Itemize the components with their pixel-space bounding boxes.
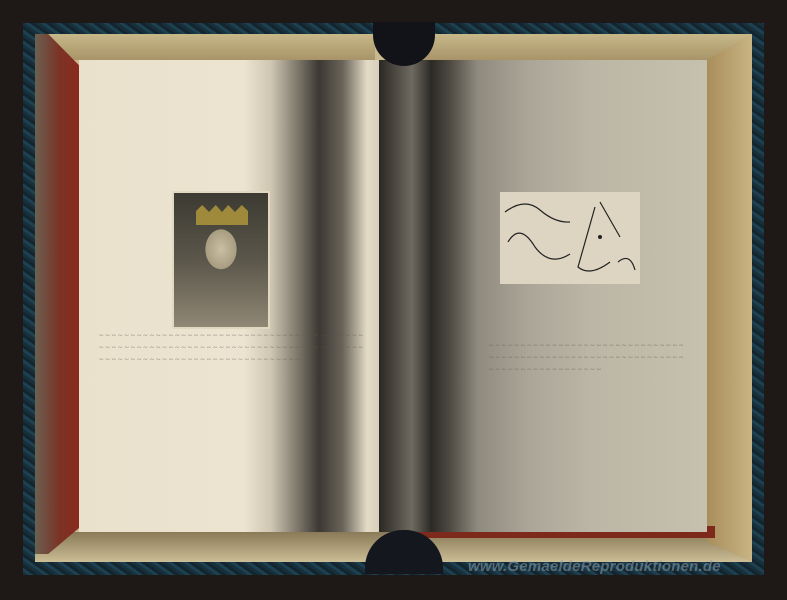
- watermark: www.GemaeldeReproduktionen.de: [468, 558, 721, 575]
- sketch-lines-icon: [500, 192, 640, 284]
- ink-line-sketch: [500, 192, 640, 284]
- right-page-top-border: [413, 34, 752, 60]
- artwork-panel: ~ ~ ~ ~ ~ ~ ~ ~ ~ ~ ~ ~ ~ ~ ~ ~ ~ ~ ~ ~ …: [35, 34, 752, 562]
- crowned-figure-photo: [172, 191, 270, 329]
- right-page-handwriting: ~ ~ ~ ~ ~ ~ ~ ~ ~ ~ ~ ~ ~ ~ ~ ~ ~ ~ ~ ~ …: [489, 340, 689, 510]
- crown-icon: [196, 205, 248, 225]
- marbled-frame: ~ ~ ~ ~ ~ ~ ~ ~ ~ ~ ~ ~ ~ ~ ~ ~ ~ ~ ~ ~ …: [23, 23, 764, 575]
- left-page-top-border: [35, 34, 375, 60]
- left-page-handwriting: ~ ~ ~ ~ ~ ~ ~ ~ ~ ~ ~ ~ ~ ~ ~ ~ ~ ~ ~ ~ …: [99, 330, 369, 520]
- right-tan-edge: [706, 34, 752, 562]
- left-red-edge: [35, 34, 79, 554]
- right-page: ~ ~ ~ ~ ~ ~ ~ ~ ~ ~ ~ ~ ~ ~ ~ ~ ~ ~ ~ ~ …: [379, 60, 707, 532]
